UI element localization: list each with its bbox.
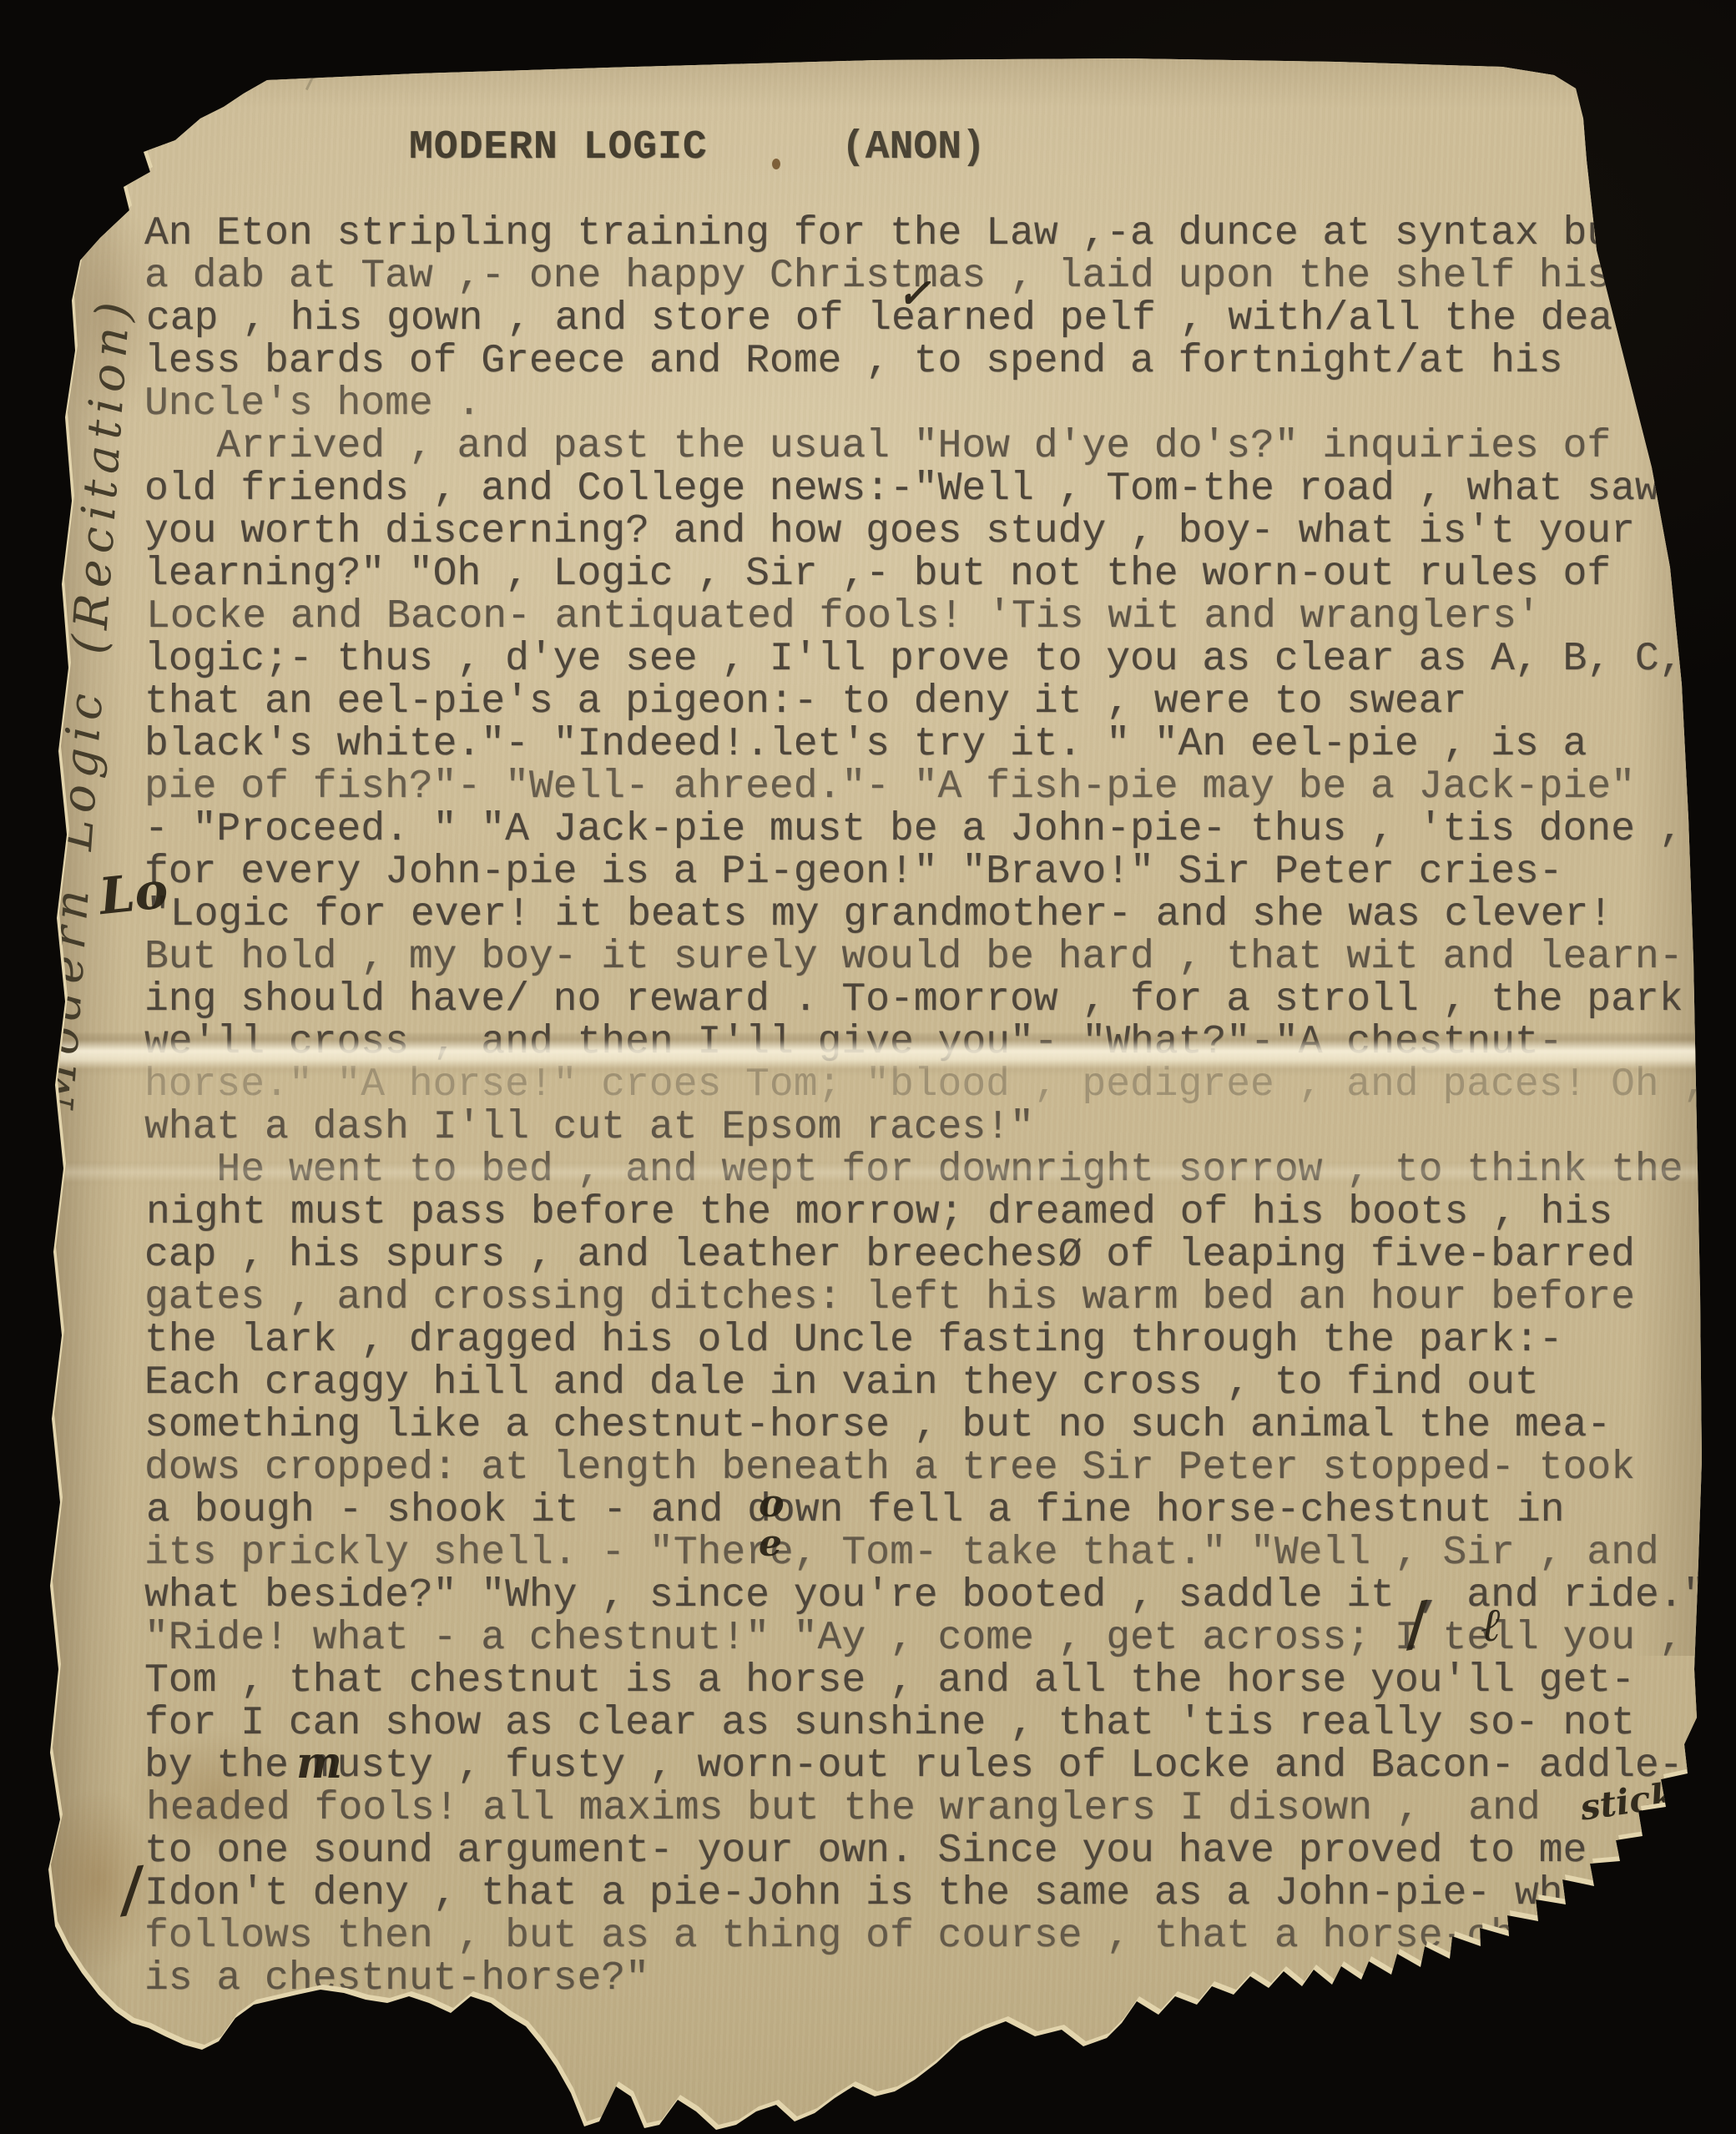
ink-correction-mark: ✓ (897, 270, 931, 317)
paper-surface: MODERN LOGIC (ANON) An Eton stripling tr… (3, 0, 1736, 2129)
ink-correction-mark: / (116, 1854, 147, 1925)
ink-corrections: ✓Looe/ℓmstick/ (3, 0, 1736, 2129)
paper-sheet-torn-edge: MODERN LOGIC (ANON) An Eton stripling tr… (0, 0, 1736, 2134)
ink-correction-mark: ℓ (1481, 1597, 1501, 1652)
ink-correction-mark: / (1400, 1589, 1432, 1658)
ink-correction-mark: m (296, 1738, 342, 1788)
scan-background: MODERN LOGIC (ANON) An Eton stripling tr… (0, 0, 1736, 2134)
ink-correction-mark: e (759, 1522, 782, 1565)
ink-correction-mark: stick (1577, 1774, 1677, 1828)
ink-correction-mark: o (759, 1481, 785, 1526)
ink-correction-mark: Lo (97, 861, 171, 926)
title-line: MODERN LOGIC (ANON) (3, 125, 67, 185)
